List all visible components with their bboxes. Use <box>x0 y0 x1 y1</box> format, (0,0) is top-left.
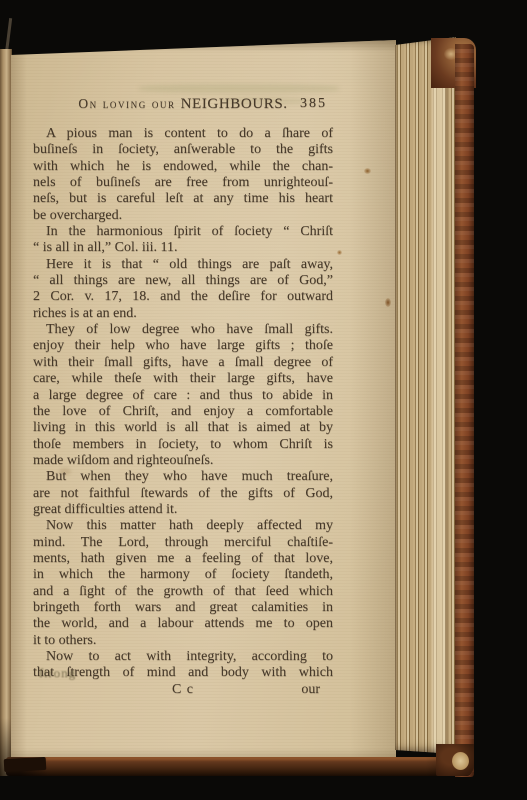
text-line: ments, hath given me a feeling of that l… <box>33 551 333 567</box>
text-line: made wiſdom and righteouſneſs. <box>33 453 333 469</box>
text-line: the world, and a labour attends me to op… <box>33 616 333 632</box>
page-number: 385 <box>300 96 327 112</box>
text-line: A pious man is content to do a ſhare of <box>33 126 333 142</box>
text-line: that ſtrength of mind and body with whic… <box>33 665 333 681</box>
running-head-title-caps: NEIGHBOURS. <box>181 96 288 112</box>
catchword: our <box>301 682 320 698</box>
text-line: Now to act with integrity, according to <box>33 649 333 665</box>
running-head-title: On loving our <box>78 96 175 111</box>
text-line: riches is at an end. <box>33 306 333 322</box>
text-line: thoſe members in ſociety, to whom Chriſt… <box>33 437 333 453</box>
text-line: are not faithful ſtewards of the gifts o… <box>33 486 333 502</box>
text-line: with which he is endowed, while the chan… <box>33 159 333 175</box>
page-text-block: On loving ourNEIGHBOURS. 385 A pious man… <box>33 95 333 698</box>
text-line: enjoy their help who have large gifts ; … <box>33 338 333 354</box>
cover-worn-notch <box>4 757 47 772</box>
text-line: Now this matter hath deeply affected my <box>33 518 333 534</box>
stain-spot <box>337 250 342 255</box>
text-line: living in this world is all that is aime… <box>33 420 333 436</box>
show-through-smudge <box>139 84 339 93</box>
signature-mark: C c <box>172 682 194 697</box>
leather-cover-bottom-edge <box>6 757 472 776</box>
corner-wear-spot <box>452 752 469 770</box>
text-line: be overcharged. <box>33 208 333 224</box>
text-line: care, while theſe with their large gifts… <box>33 371 333 387</box>
photo-background: On loving ourNEIGHBOURS. 385 A pious man… <box>0 0 527 800</box>
text-line: “ is all in all,” Col. iii. 11. <box>33 240 333 256</box>
text-line: great difficulties attend it. <box>33 502 333 518</box>
text-line: mind. The Lord, through merciful chaſtiſ… <box>33 535 333 551</box>
text-line: and a ſight of the growth of that ſeed w… <box>33 584 333 600</box>
text-line: neſs, but is careful leſt at any time hi… <box>33 191 333 207</box>
text-line: the love of Chriſt, and enjoy a comforta… <box>33 404 333 420</box>
signature-line: C c our <box>33 682 333 698</box>
text-line: Here it is that “ old things are paſt aw… <box>33 257 333 273</box>
stain-spot <box>364 168 371 174</box>
fore-edge-page-stack <box>395 37 456 754</box>
running-head: On loving ourNEIGHBOURS. 385 <box>33 95 333 113</box>
leather-cover-right-edge <box>455 44 474 777</box>
text-line: In the harmonious ſpirit of ſociety “ Ch… <box>33 224 333 240</box>
text-line: with their ſmall gifts, have a ſmall deg… <box>33 355 333 371</box>
text-line: 2 Cor. v. 17, 18. and the deſire for out… <box>33 289 333 305</box>
book-spine-edge <box>0 49 12 776</box>
text-line: nels of buſineſs are free from unrighteo… <box>33 175 333 191</box>
text-line: buſineſs in ſociety, anſwerable to the g… <box>33 142 333 158</box>
book-page: On loving ourNEIGHBOURS. 385 A pious man… <box>11 40 396 760</box>
text-line: bringeth forth wars and great calamities… <box>33 600 333 616</box>
body-text: A pious man is content to do a ſhare ofb… <box>33 126 333 682</box>
text-line: in which the harmony of ſociety ſtandeth… <box>33 567 333 583</box>
stain-spot <box>385 298 391 307</box>
text-line: it to others. <box>33 633 333 649</box>
text-line: They of low degree who have ſmall gifts. <box>33 322 333 338</box>
text-line: “ all things are new, all things are of … <box>33 273 333 289</box>
text-line: a large degree of care : and thus to abi… <box>33 388 333 404</box>
show-through-text: ſtrong <box>39 665 76 681</box>
text-line: But when they who have much treaſure, <box>33 469 333 485</box>
